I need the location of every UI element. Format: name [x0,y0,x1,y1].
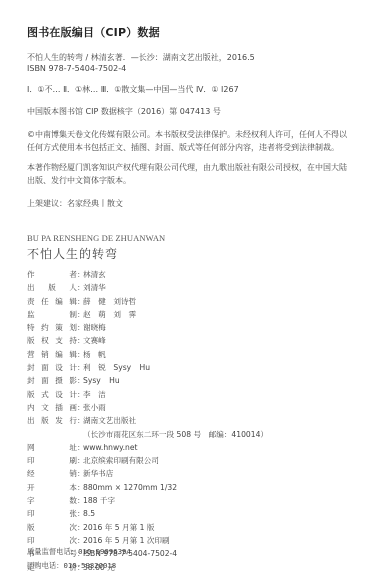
credit-value: 北京缤索印刷有限公司 [83,454,159,467]
credit-label: 封面摄影 [27,374,77,387]
credit-value: 赵 萌 刘 霁 [83,308,136,321]
credit-row-supervisor: 监 制：赵 萌 刘 霁 [27,308,268,321]
copyright-notice: ©中南博集天卷文化传媒有限公司。本书版权受法律保护。未经权利人许可，任何人不得以… [27,128,353,154]
credit-row-marketing: 营销编辑：杨 帆 [27,348,268,361]
quality-phone: 质量监督电话：010-59096394 [27,545,131,559]
credit-value: 林清玄 [83,268,106,281]
credit-value: 新华书店 [83,467,113,480]
credit-value: 8.5 [83,507,95,520]
credit-row-format: 开 本：880mm × 1270mm 1/32 [27,481,268,494]
credit-row-cover-design: 封面设计：利 锐 Sysy Hu [27,361,268,374]
credit-row-publisher: 出 版 人：刘清华 [27,281,268,294]
credit-row-cover-photo: 封面摄影：Sysy Hu [27,374,268,387]
credit-label: 内文插画 [27,401,77,414]
credit-label: 印 张 [27,507,77,520]
credit-label: 开 本 [27,481,77,494]
website-link[interactable]: www.hnwy.net [83,441,137,454]
credit-label: 营销编辑 [27,348,77,361]
credit-value: 188 千字 [83,494,115,507]
cip-heading: 图书在版编目（CIP）数据 [27,24,160,40]
credit-value: 杨 帆 [83,348,106,361]
credit-row-distribution: 出版发行：湖南文艺出版社 [27,414,268,427]
cip-classification: Ⅰ．①不… Ⅱ．①林… Ⅲ．①散文集—中国—当代 Ⅳ．① I267 [27,84,239,95]
credit-row-layout: 版式设计：李 洁 [27,388,268,401]
credit-row-illustration: 内文插画：张小雨 [27,401,268,414]
credit-value: 李 洁 [83,388,106,401]
credit-row-planner: 特约策划：谢晓梅 [27,321,268,334]
contact-phones: 质量监督电话：010-59096394 团购电话：010-59320018 [27,545,131,572]
cip-isbn-line: ISBN 978-7-5404-7502-4 [27,63,126,74]
credit-label: 出 版 人 [27,281,77,294]
credit-value: 2016 年 5 月第 1 版 [83,521,154,534]
credit-label: 版式设计 [27,388,77,401]
credit-row-word-count: 字 数：188 千字 [27,494,268,507]
credit-label: 出版发行 [27,414,77,427]
credit-value: 谢晓梅 [83,321,106,334]
credit-value: 湖南文艺出版社 [83,414,136,427]
shelf-suggestion: 上架建议：名家经典丨散文 [27,198,123,209]
publisher-address: （长沙市雨花区东二环一段 508 号 邮编：410014） [83,428,268,441]
credits-list: 作 者：林清玄 出 版 人：刘清华 责任编辑：薛 健 刘诗哲 监 制：赵 萌 刘… [27,268,268,574]
credit-value: 880mm × 1270mm 1/32 [83,481,177,494]
credit-value: 利 锐 Sysy Hu [83,361,150,374]
credit-value: 刘清华 [83,281,106,294]
credit-value: Sysy Hu [83,374,120,387]
group-purchase-phone: 团购电话：010-59320018 [27,559,131,573]
credit-label: 印 刷 [27,454,77,467]
cip-number: 中国版本图书馆 CIP 数据核字（2016）第 047413 号 [27,106,221,117]
credit-row-address: （长沙市雨花区东二环一段 508 号 邮编：410014） [27,428,268,441]
pinyin-title: BU PA RENSHENG DE ZHUANWAN [27,233,165,243]
credit-row-seller: 经 销：新华书店 [27,467,268,480]
credit-value: 文赛峰 [83,334,106,347]
credit-label: 封面设计 [27,361,77,374]
credit-label: 作 者 [27,268,77,281]
credit-label: 经 销 [27,467,77,480]
credit-label: 字 数 [27,494,77,507]
credit-row-author: 作 者：林清玄 [27,268,268,281]
credit-row-rights: 版权支持：文赛峰 [27,334,268,347]
credit-row-sheets: 印 张：8.5 [27,507,268,520]
chinese-title: 不怕人生的转弯 [27,245,118,262]
credit-label: 版权支持 [27,334,77,347]
credit-row-edition: 版 次：2016 年 5 月第 1 版 [27,521,268,534]
credit-row-website: 网 址：www.hnwy.net [27,441,268,454]
credit-label: 网 址 [27,441,77,454]
credit-label: 监 制 [27,308,77,321]
credit-label: 版 次 [27,521,77,534]
agency-notice: 本著作物经厦门凯客知识产权代理有限公司代理，由九歌出版社有限公司授权，在中国大陆… [27,161,353,187]
cip-book-line: 不怕人生的转弯 / 林清玄著．—长沙：湖南文艺出版社，2016.5 [27,52,255,63]
credit-value: 薛 健 刘诗哲 [83,295,136,308]
copyright-page: 图书在版编目（CIP）数据 不怕人生的转弯 / 林清玄著．—长沙：湖南文艺出版社… [0,0,375,583]
credit-row-editor: 责任编辑：薛 健 刘诗哲 [27,295,268,308]
credit-label: 责任编辑 [27,295,77,308]
credit-value: 张小雨 [83,401,106,414]
credit-row-printer: 印 刷：北京缤索印刷有限公司 [27,454,268,467]
credit-label: 特约策划 [27,321,77,334]
